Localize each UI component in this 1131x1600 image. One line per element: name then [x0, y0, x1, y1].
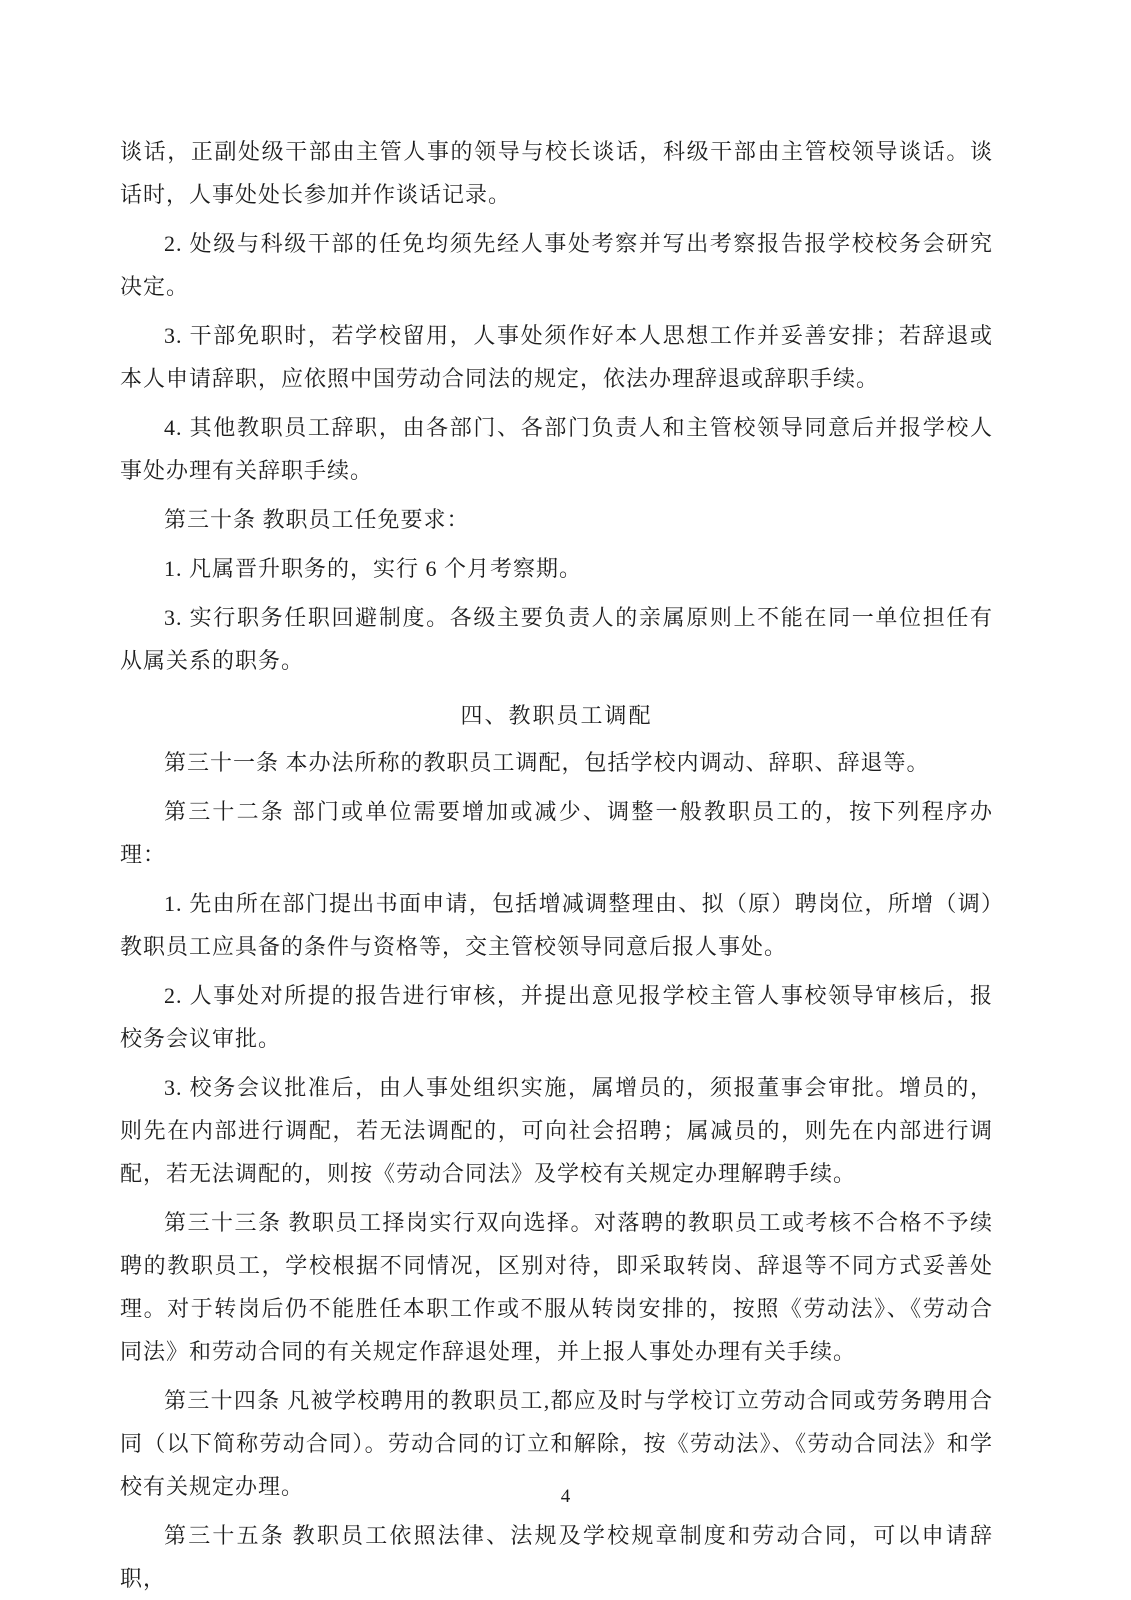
paragraph: 3. 实行职务任职回避制度。各级主要负责人的亲属原则上不能在同一单位担任有从属关… — [120, 596, 993, 682]
paragraph: 3. 校务会议批准后，由人事处组织实施，属增员的，须报董事会审批。增员的，则先在… — [120, 1066, 993, 1195]
article-33-paragraph: 第三十三条 教职员工择岗实行双向选择。对落聘的教职员工或考核不合格不予续聘的教职… — [120, 1201, 993, 1373]
article-32-paragraph: 第三十二条 部门或单位需要增加或减少、调整一般教职员工的，按下列程序办理： — [120, 790, 993, 876]
document-page: 谈话，正副处级干部由主管人事的领导与校长谈话，科级干部由主管校领导谈话。谈话时，… — [0, 0, 1131, 1600]
article-35-paragraph: 第三十五条 教职员工依照法律、法规及学校规章制度和劳动合同，可以申请辞职， — [120, 1514, 993, 1600]
paragraph: 2. 人事处对所提的报告进行审核，并提出意见报学校主管人事校领导审核后，报校务会… — [120, 974, 993, 1060]
article-31-paragraph: 第三十一条 本办法所称的教职员工调配，包括学校内调动、辞职、辞退等。 — [120, 741, 993, 784]
paragraph: 4. 其他教职员工辞职，由各部门、各部门负责人和主管校领导同意后并报学校人事处办… — [120, 406, 993, 492]
page-number: 4 — [0, 1486, 1131, 1508]
document-body: 谈话，正副处级干部由主管人事的领导与校长谈话，科级干部由主管校领导谈话。谈话时，… — [120, 130, 993, 1600]
paragraph: 2. 处级与科级干部的任免均须先经人事处考察并写出考察报告报学校校务会研究决定。 — [120, 222, 993, 308]
section-heading: 四、教职员工调配 — [120, 694, 993, 737]
article-30-heading: 第三十条 教职员工任免要求： — [120, 498, 993, 541]
paragraph: 1. 凡属晋升职务的，实行 6 个月考察期。 — [120, 547, 993, 590]
paragraph: 3. 干部免职时，若学校留用，人事处须作好本人思想工作并妥善安排；若辞退或本人申… — [120, 314, 993, 400]
paragraph: 1. 先由所在部门提出书面申请，包括增减调整理由、拟（原）聘岗位，所增（调）教职… — [120, 882, 993, 968]
continuation-paragraph: 谈话，正副处级干部由主管人事的领导与校长谈话，科级干部由主管校领导谈话。谈话时，… — [120, 130, 993, 216]
